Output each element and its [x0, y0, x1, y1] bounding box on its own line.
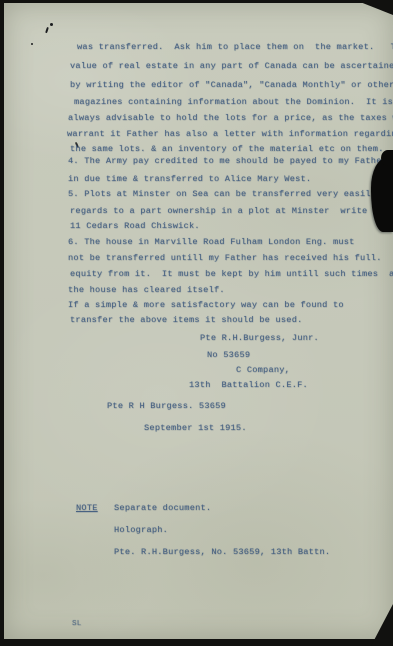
- document-line: 11 Cedars Road Chiswick.: [70, 221, 200, 231]
- scanned-document: was transferred. Ask him to place them o…: [0, 0, 393, 646]
- archive-mark: SL: [72, 620, 82, 628]
- document-line: the house has cleared itself.: [68, 285, 225, 295]
- signature-name: Pte R.H.Burgess, Junr.: [200, 333, 319, 343]
- date-line: September 1st 1915.: [144, 423, 247, 433]
- ink-speck: [45, 27, 48, 33]
- note-label: NOTE: [76, 503, 98, 513]
- sender-line: Pte R H Burgess. 53659: [107, 401, 226, 411]
- document-line: 4. The Army pay credited to me should be…: [68, 156, 387, 166]
- document-line: by writing the editor of "Canada", "Cana…: [70, 80, 393, 90]
- document-line: equity from it. It must be kept by him u…: [70, 269, 393, 279]
- document-line: not be transferred untill my Father has …: [68, 253, 382, 263]
- ink-speck: [50, 23, 53, 26]
- document-line: always advisable to hold the lots for a …: [68, 113, 393, 123]
- document-line: the same lots. & an inventory of the mat…: [70, 144, 384, 154]
- ink-speck: [31, 43, 33, 45]
- paper: was transferred. Ask him to place them o…: [4, 3, 393, 639]
- note-text: Pte. R.H.Burgess, No. 53659, 13th Battn.: [114, 547, 330, 557]
- service-number: No 53659: [207, 350, 250, 360]
- document-line: warrant it Father has also a letter with…: [67, 129, 393, 139]
- note-text: Separate document.: [114, 503, 211, 513]
- scan-corner-top-right: [355, 0, 393, 15]
- document-line: in due time & transferred to Alice Mary …: [68, 174, 311, 184]
- battalion: 13th Battalion C.E.F.: [189, 380, 308, 390]
- ink-blot: [371, 158, 393, 232]
- document-line: 5. Plots at Minster on Sea can be transf…: [68, 189, 393, 199]
- document-line: value of real estate in any part of Cana…: [70, 61, 393, 71]
- scan-corner-bottom-right: [371, 604, 393, 646]
- document-line: transfer the above items it should be us…: [70, 315, 303, 325]
- document-line: regards to a part ownership in a plot at…: [70, 206, 393, 216]
- document-line: magazines containing information about t…: [74, 97, 393, 107]
- document-line: was transferred. Ask him to place them o…: [77, 42, 393, 52]
- document-line: If a simple & more satisfactory way can …: [68, 300, 344, 310]
- company: C Company,: [236, 365, 290, 375]
- document-line: 6. The house in Marville Road Fulham Lon…: [68, 237, 355, 247]
- scan-top-edge: [0, 0, 393, 3]
- note-text: Holograph.: [114, 525, 168, 535]
